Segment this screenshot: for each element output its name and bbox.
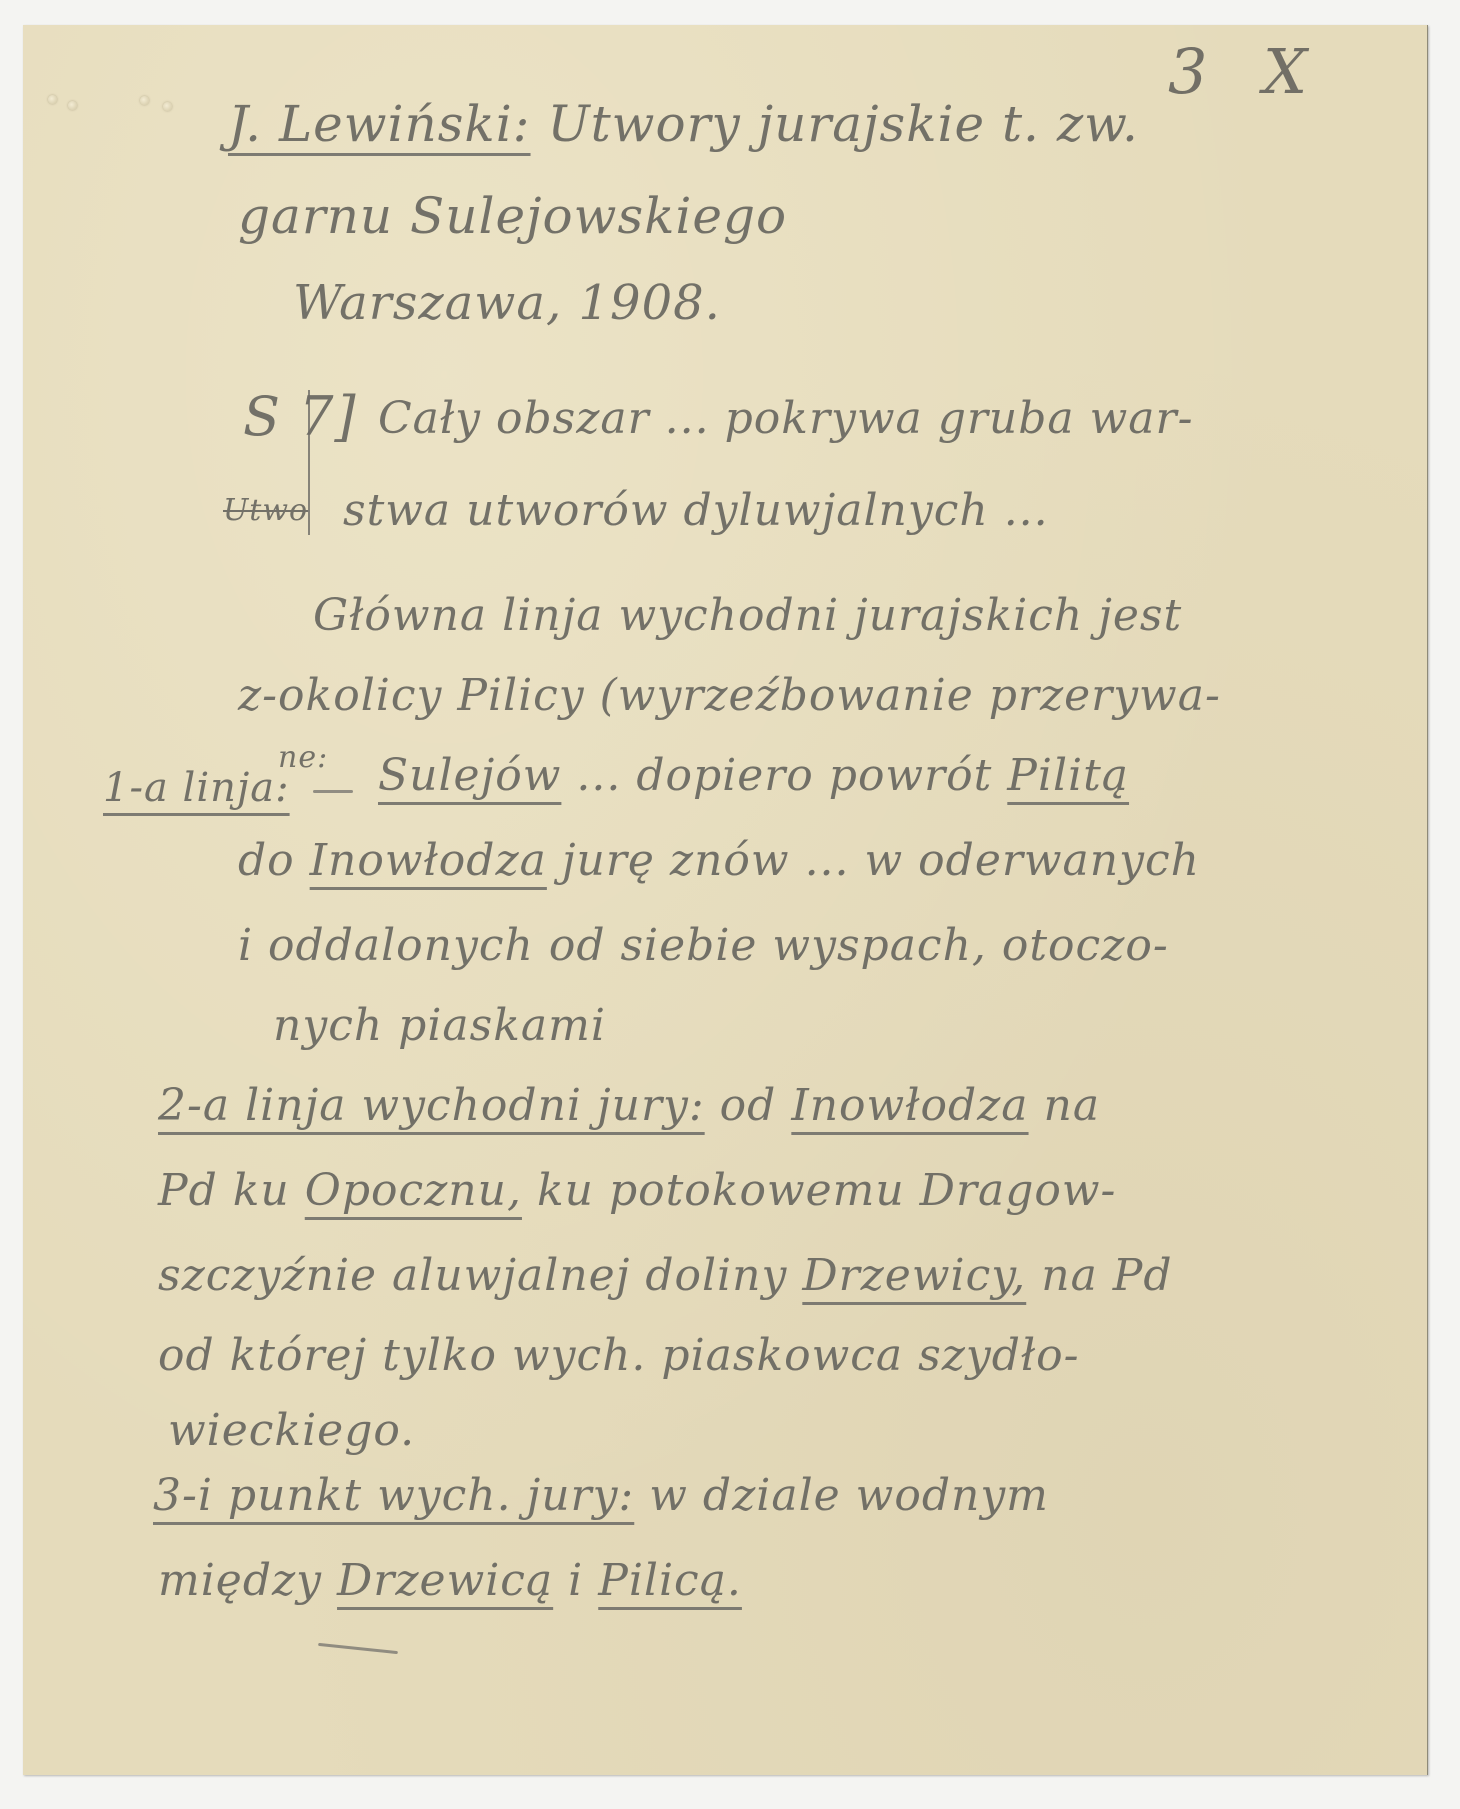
text-fragment: szczyźnie aluwjalnej doliny xyxy=(158,1250,802,1301)
roman-numeral-mark: X xyxy=(1263,35,1307,108)
section-bracket xyxy=(308,390,310,535)
text-line: od której tylko wych. piaskowca szydło- xyxy=(158,1330,1080,1381)
text-line: nych piaskami xyxy=(273,1000,606,1051)
place-drzewica: Drzewicą xyxy=(337,1555,553,1606)
page-number-mark: 3 xyxy=(1168,35,1207,108)
text-fragment: Pd ku xyxy=(158,1165,305,1216)
text-line: 3-i punkt wych. jury: w dziale wodnym xyxy=(153,1470,1049,1521)
place-date-line: Warszawa, 1908. xyxy=(293,275,721,331)
manuscript-page: 3 X J. Lewiński: Utwory jurajskie t. zw.… xyxy=(23,25,1428,1775)
place-pilica: Pilitą xyxy=(1007,750,1129,801)
text-line: wieckiego. xyxy=(168,1405,415,1456)
punch-hole xyxy=(68,101,77,110)
heading-3i-punkt: 3-i punkt wych. jury: xyxy=(153,1470,634,1521)
title-line: J. Lewiński: Utwory jurajskie t. zw. xyxy=(228,95,1139,153)
text-line: do Inowłodza jurę znów ... w oderwanych xyxy=(238,835,1200,886)
text-line: Główna linja wychodni jurajskich jest xyxy=(313,590,1182,641)
text-fragment: na Pd xyxy=(1041,1250,1172,1301)
dash xyxy=(313,790,353,793)
text-fragment: jurę znów ... w oderwanych xyxy=(562,835,1200,886)
place-inowlodz: Inowłodza xyxy=(310,835,547,886)
place-sulejow: Sulejów xyxy=(378,750,561,801)
text-line: Sulejów ... dopiero powrót Pilitą xyxy=(378,750,1129,801)
place-drzewica: Drzewicy, xyxy=(802,1250,1026,1301)
margin-heading-1: 1-a linja: xyxy=(103,765,290,811)
text-line: Pd ku Opocznu, ku potokowemu Dragow- xyxy=(158,1165,1116,1216)
margin-struck-word: Utwo xyxy=(223,493,308,528)
text-line: z-okolicy Pilicy (wyrzeźbowanie przerywa… xyxy=(238,670,1221,721)
text-line: 2-a linja wychodni jury: od Inowłodza na xyxy=(158,1080,1100,1131)
text-line: szczyźnie aluwjalnej doliny Drzewicy, na… xyxy=(158,1250,1173,1301)
place-opoczno: Opocznu, xyxy=(305,1165,522,1216)
punch-hole xyxy=(140,96,149,105)
text-line: między Drzewicą i Pilicą. xyxy=(158,1555,742,1606)
text-fragment: ku potokowemu Dragow- xyxy=(537,1165,1116,1216)
author-name: J. Lewiński: xyxy=(228,95,531,153)
section-marker: S 7] xyxy=(243,385,357,448)
text-fragment: i xyxy=(568,1555,598,1606)
text-line: Cały obszar ... pokrywa gruba war- xyxy=(378,393,1193,444)
closing-stroke xyxy=(318,1643,398,1654)
title-line-2: garnu Sulejowskiego xyxy=(238,187,787,245)
text-line: stwa utworów dyluwjalnych ... xyxy=(343,485,1049,536)
heading-2a-linja: 2-a linja wychodni jury: xyxy=(158,1080,705,1131)
text-fragment: na xyxy=(1044,1080,1101,1131)
text-fragment: do xyxy=(238,835,310,886)
place-inowlodz: Inowłodza xyxy=(791,1080,1028,1131)
text-fragment: ... dopiero powrót xyxy=(576,750,1007,801)
punch-hole xyxy=(48,95,57,104)
text-line: i oddalonych od siebie wyspach, otoczo- xyxy=(238,920,1169,971)
punch-hole xyxy=(163,102,172,111)
place-pilica: Pilicą. xyxy=(598,1555,742,1606)
text-fragment: w dziale wodnym xyxy=(649,1470,1049,1521)
title-text: Utwory jurajskie t. zw. xyxy=(547,95,1139,153)
text-fragment: od xyxy=(720,1080,792,1131)
text-fragment: między xyxy=(158,1555,337,1606)
